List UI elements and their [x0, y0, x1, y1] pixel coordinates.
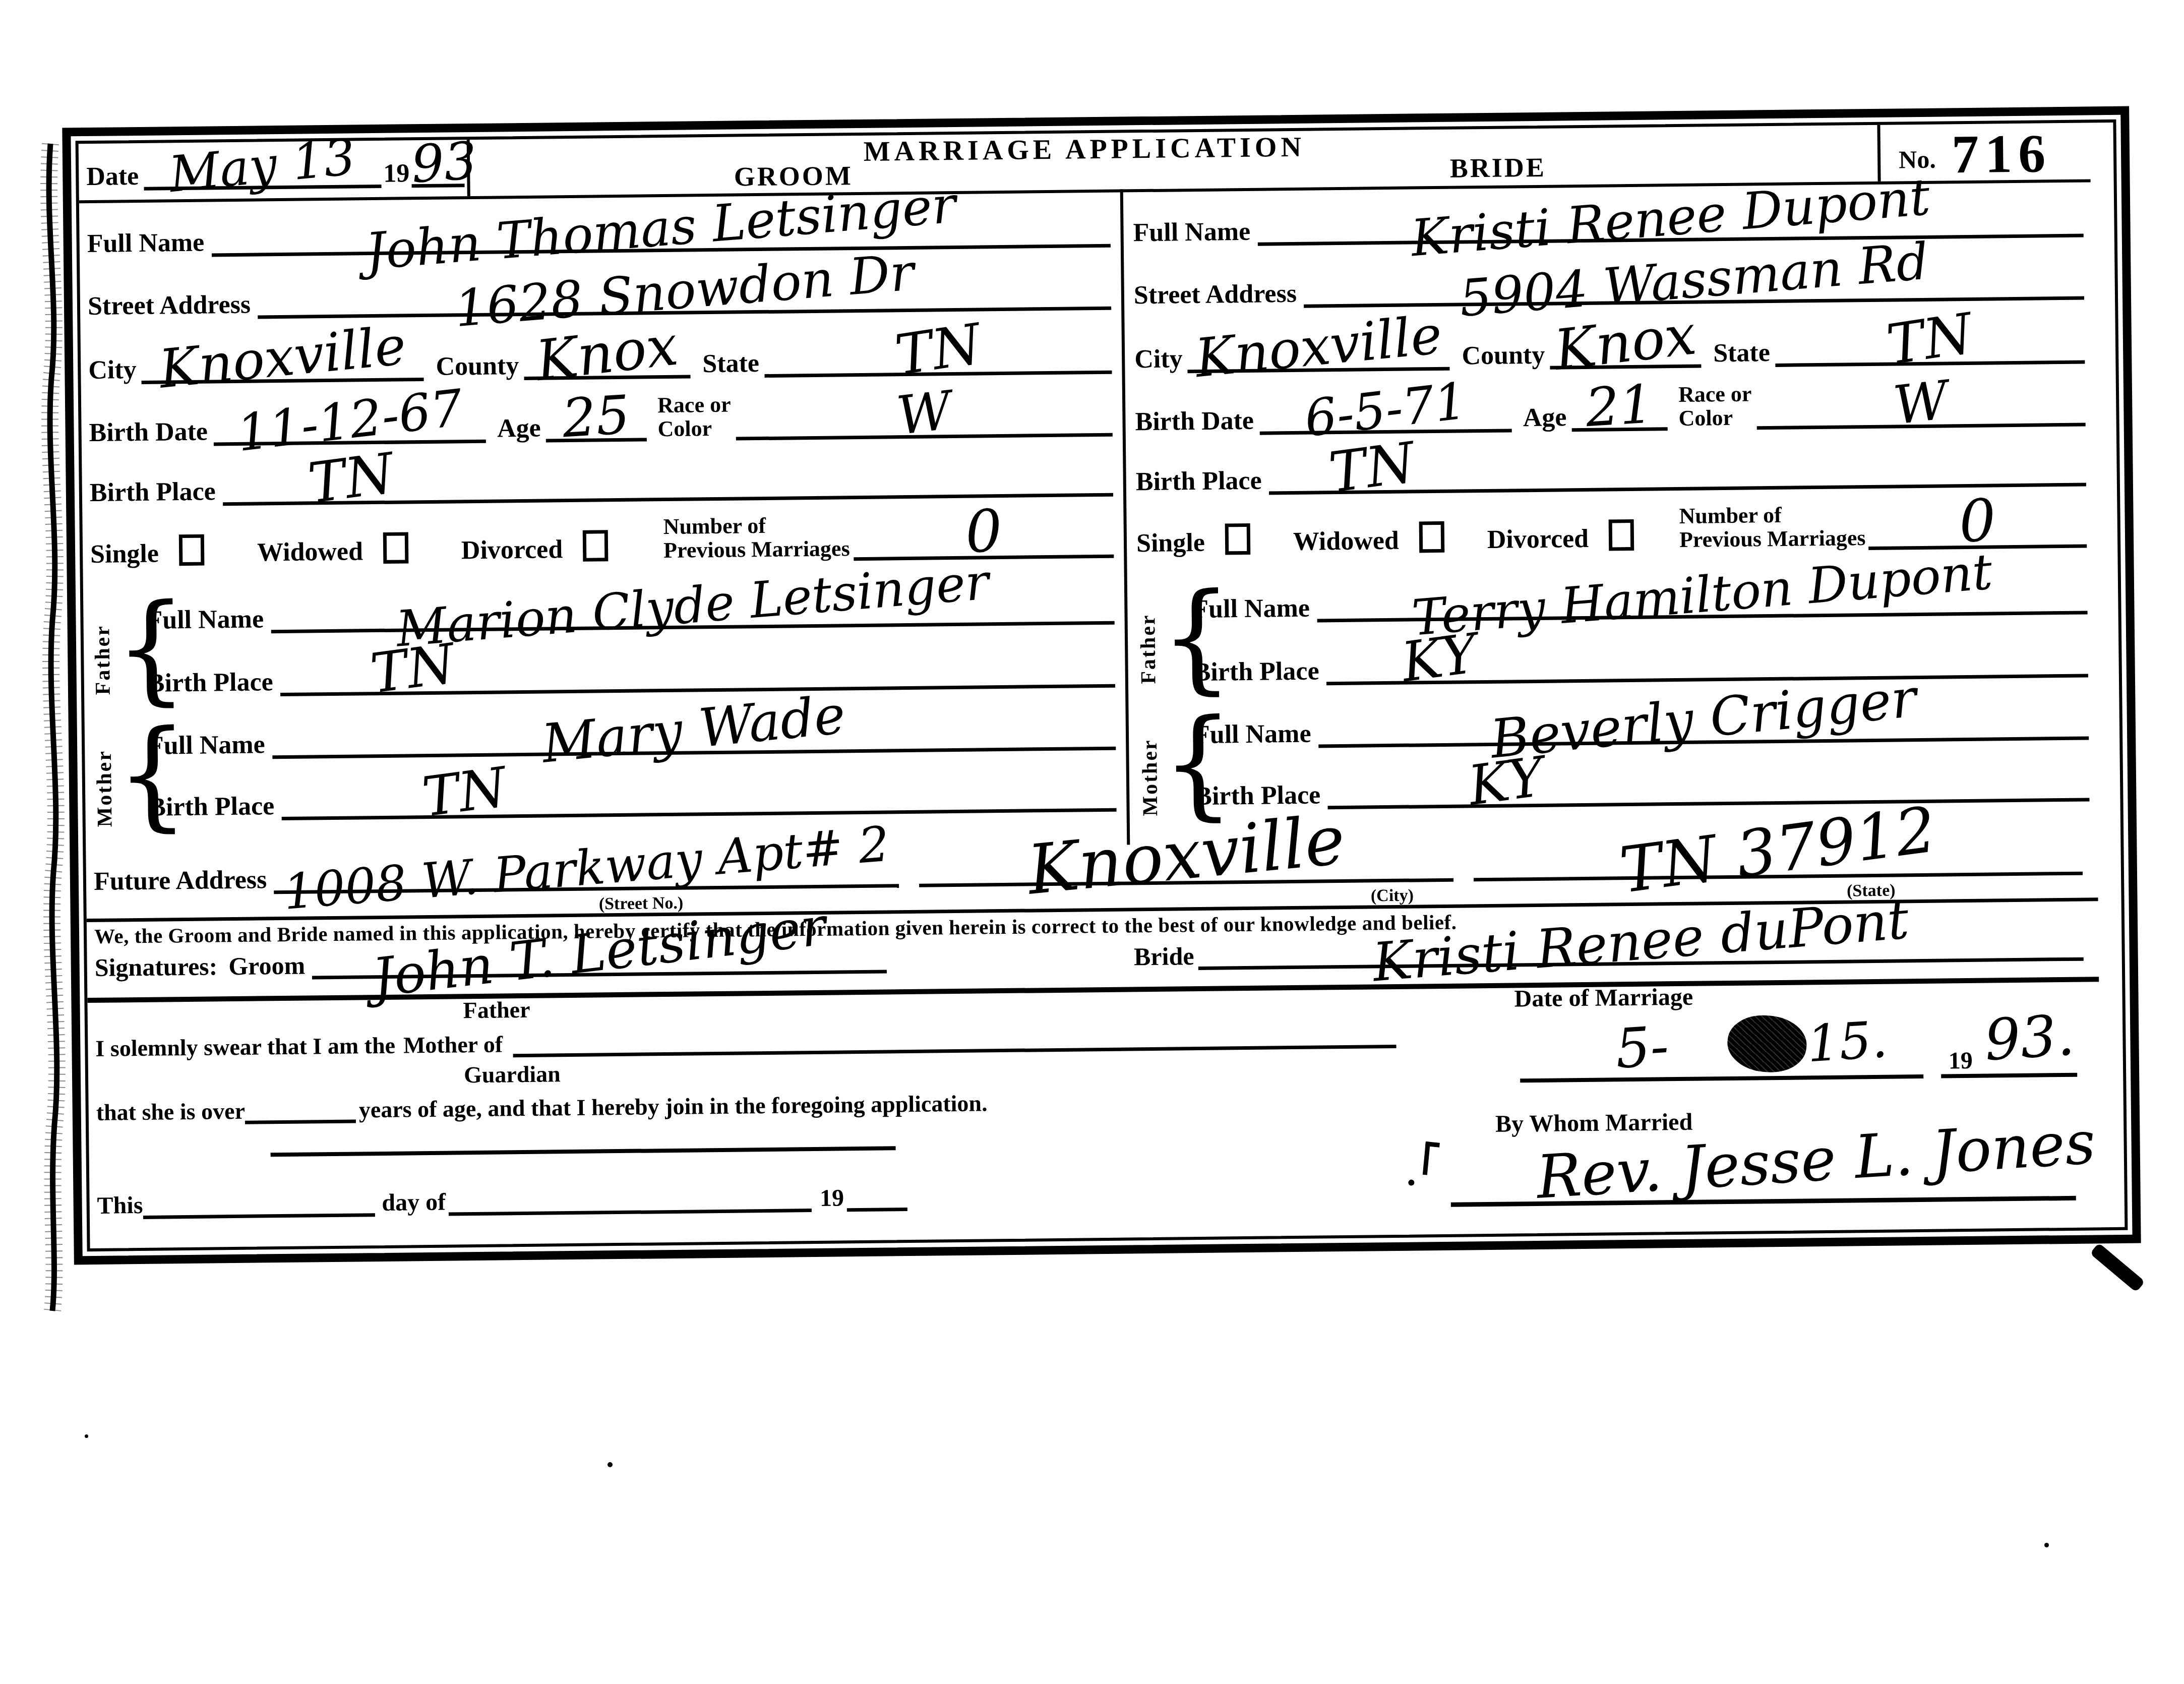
groom-father-name-line: Marion Clyde Letsinger: [270, 577, 1114, 634]
groom-county-value: Knox: [533, 317, 681, 389]
day-of-label: day of: [375, 1189, 449, 1217]
state-label: State: [1701, 338, 1775, 368]
bride-father-group-label: Father: [1136, 614, 1161, 684]
race-or-color-label: Race or Color: [646, 393, 736, 442]
date-year-prefix: 19: [381, 159, 412, 188]
full-name-label: Full Name: [87, 228, 211, 258]
groom-birth-date-age-race-field: Birth Date 11-12-67 Age 25 Race or Color…: [89, 397, 1113, 447]
color-label-line2: Color: [657, 416, 731, 441]
groom-birth-date-line: 11-12-67: [213, 394, 486, 446]
city-label: City: [88, 355, 142, 385]
groom-mother-birth-place-field: Birth Place TN: [148, 772, 1117, 822]
bride-birth-place-field: Birth Place TN: [1135, 447, 2086, 497]
birth-place-label: Birth Place: [148, 792, 281, 822]
scanned-document-page: MARRIAGE APPLICATION Date May 13 19 93 G…: [0, 0, 2184, 1684]
full-name-label: Full Name: [1192, 593, 1317, 624]
groom-previous-marriages-line: 0: [854, 502, 1114, 561]
marriage-year-value: 93.: [1983, 1007, 2076, 1069]
bride-mother-name-line: Beverly Crigger: [1318, 689, 2089, 748]
affidavit-age-clause-field: that she is over years of age, and that …: [96, 1077, 1256, 1126]
birth-place-label: Birth Place: [147, 668, 280, 698]
groom-city-line: Knoxville: [141, 330, 424, 384]
groom-full-name-line: John Thomas Letsinger: [211, 199, 1111, 257]
scan-speck: [2044, 1543, 2049, 1547]
scan-blob: [2090, 1243, 2145, 1293]
form-inner-border: MARRIAGE APPLICATION Date May 13 19 93 G…: [76, 119, 2128, 1251]
bride-birth-place-value: TN: [1326, 435, 1418, 501]
birth-place-label: Birth Place: [1193, 656, 1326, 687]
bride-mother-birth-place-line: KY: [1327, 748, 2089, 809]
groom-widowed-checkbox: [383, 532, 409, 564]
birth-place-label: Birth Place: [1135, 466, 1268, 496]
number-of-label-line1: Number of: [1679, 502, 1865, 528]
date-line: May 13: [144, 140, 382, 191]
groom-street-line: 1628 Snowdon Dr: [257, 261, 1111, 319]
previous-marriages-label-line2: Previous Marriages: [1679, 526, 1866, 552]
scan-pen-dot: [1408, 1180, 1414, 1186]
groom-mother-birth-place-value: TN: [419, 760, 510, 825]
groom-city-value: Knoxville: [157, 319, 408, 396]
bride-age-line: 21: [1571, 379, 1668, 432]
birth-date-label: Birth Date: [89, 417, 214, 447]
groom-state-line: TN: [764, 320, 1112, 378]
bride-mother-group-label: Mother: [1138, 739, 1163, 816]
age-label: Age: [1512, 403, 1572, 432]
previous-marriages-label: Number of Previous Marriages: [663, 513, 850, 563]
previous-marriages-label-line2: Previous Marriages: [663, 537, 850, 563]
affidavit-month-line: [449, 1209, 812, 1216]
bride-birth-date-age-race-field: Birth Date 6-5-71 Age 21 Race or Color W: [1135, 387, 2086, 437]
groom-mother-name-line: Mary Wade: [272, 699, 1116, 759]
groom-birth-place-field: Birth Place TN: [89, 457, 1113, 507]
number-of-label-line1: Number of: [663, 513, 850, 538]
column-divider: [1120, 189, 1130, 845]
bride-signature-line: Kristi Renee duPont: [1198, 911, 2084, 970]
widowed-label: Widowed: [257, 537, 363, 567]
bride-signature-label: Bride: [1134, 942, 1198, 971]
bride-state-value: TN: [1884, 306, 1976, 373]
this-label: This: [97, 1192, 143, 1220]
affidavit-year-line: [847, 1208, 907, 1212]
groom-mother-name-field: Full Name Mary Wade: [148, 711, 1116, 760]
bride-father-birth-place-value: KY: [1399, 627, 1480, 691]
future-address-state-line: TN 37912: [1473, 816, 2083, 882]
scan-speck: [85, 1434, 88, 1438]
groom-race-line: W: [736, 385, 1113, 441]
bride-father-birth-place-field: Birth Place KY: [1193, 638, 2088, 687]
birth-date-label: Birth Date: [1135, 406, 1260, 436]
groom-full-name-field: Full Name John Thomas Letsinger: [87, 208, 1111, 258]
bride-mother-birth-place-value: KY: [1465, 750, 1547, 814]
date-label: Date: [86, 162, 144, 191]
affidavit-age-post: years of age, and that I hereby join in …: [356, 1091, 988, 1123]
street-address-label: Street Address: [1134, 279, 1304, 310]
bride-father-name-line: Terry Hamilton Dupont: [1316, 567, 2087, 623]
bride-city-line: Knoxville: [1187, 319, 1450, 373]
bride-father-name-field: Full Name Terry Hamilton Dupont: [1192, 575, 2088, 624]
bride-divorced-checkbox: [1609, 519, 1634, 551]
city-label: City: [1134, 344, 1188, 374]
full-name-label: Full Name: [1133, 217, 1257, 248]
bride-full-name-field: Full Name Kristi Renee Dupont: [1133, 198, 2084, 248]
marriage-date-day-value: 15.: [1806, 1014, 1889, 1070]
bride-race-value: W: [1891, 374, 1951, 433]
bride-mother-name-field: Full Name Beverly Crigger: [1194, 701, 2089, 750]
groom-divorced-checkbox: [583, 530, 609, 562]
birth-place-label: Birth Place: [90, 477, 223, 507]
future-address-city-value: Knoxville: [1024, 806, 1348, 905]
groom-father-birth-place-line: TN: [280, 635, 1115, 696]
marriage-date-line: [1520, 1074, 1923, 1082]
full-name-label: Full Name: [146, 605, 271, 635]
groom-street-address-field: Street Address 1628 Snowdon Dr: [87, 271, 1111, 321]
race-or-label-line1: Race or: [657, 393, 731, 417]
single-label: Single: [1136, 528, 1205, 558]
bride-state-line: TN: [1775, 310, 2085, 367]
bride-previous-marriages-value: 0: [1957, 492, 1997, 552]
groom-previous-marriages-value: 0: [963, 502, 1004, 562]
bride-birth-date-line: 6-5-71: [1259, 383, 1512, 435]
future-address-city-line: Knoxville: [919, 818, 1453, 887]
bride-city-value: Knoxville: [1193, 309, 1444, 385]
bride-street-line: 5904 Wassman Rd: [1303, 251, 2084, 308]
groom-race-value: W: [894, 384, 954, 443]
marriage-year-prefix: 19: [1949, 1048, 1973, 1074]
scan-speck: [608, 1462, 613, 1467]
bride-signature-value: Kristi Renee duPont: [1371, 893, 1911, 989]
bride-birth-place-line: TN: [1268, 433, 2086, 495]
bride-street-address-field: Street Address 5904 Wassman Rd: [1133, 261, 2084, 310]
bride-widowed-checkbox: [1419, 521, 1444, 553]
full-name-label: Full Name: [1194, 719, 1318, 749]
future-address-street-line: 1008 W. Parkway Apt# 2: [274, 840, 899, 894]
by-whom-married-label: By Whom Married: [1495, 1109, 1693, 1138]
previous-marriages-label: Number of Previous Marriages: [1679, 502, 1865, 552]
future-address-label: Future Address: [94, 865, 274, 896]
single-label: Single: [90, 539, 159, 569]
groom-age-value: 25: [561, 388, 631, 445]
affidavit-age-pre: that she is over: [96, 1099, 246, 1126]
groom-single-checkbox: [179, 534, 205, 566]
date-of-marriage-label: Date of Marriage: [1514, 984, 1693, 1013]
groom-birth-place-value: TN: [305, 445, 397, 511]
bride-city-county-state-field: City Knoxville County Knox State TN: [1134, 325, 2085, 374]
divorced-label: Divorced: [461, 535, 563, 565]
bride-age-value: 21: [1584, 378, 1655, 435]
bride-previous-marriages-line: 0: [1868, 492, 2087, 551]
groom-signature-line: John T. Letsinger: [312, 923, 887, 979]
race-or-color-label: Race or Color: [1667, 382, 1757, 431]
full-name-label: Full Name: [148, 730, 272, 760]
groom-state-value: TN: [891, 316, 984, 383]
age-label: Age: [486, 413, 546, 443]
groom-father-group-label: Father: [90, 625, 115, 695]
race-or-label-line1: Race or: [1678, 382, 1752, 406]
groom-father-birth-place-field: Birth Place TN: [147, 648, 1115, 698]
widowed-label: Widowed: [1293, 526, 1400, 556]
affidavit-day-line: [143, 1213, 375, 1219]
application-number-value: 716: [1951, 124, 2051, 185]
affidavit-signature-line: [271, 1146, 896, 1157]
application-date-field: Date May 13 19 93: [86, 150, 465, 191]
date-year-line: 93: [411, 137, 465, 188]
marriage-application-form: MARRIAGE APPLICATION Date May 13 19 93 G…: [62, 106, 2141, 1265]
affidavit-age-line: [245, 1120, 356, 1124]
signatures-label: Signatures:: [94, 952, 228, 982]
bride-father-birth-place-line: KY: [1326, 625, 2088, 686]
bride-single-checkbox: [1225, 523, 1250, 555]
color-label-line2: Color: [1678, 406, 1752, 431]
affidavit-name-line: [513, 1045, 1396, 1057]
date-value: May 13: [167, 133, 358, 200]
affidavit-swear-text: I solemnly swear that I am the: [95, 1033, 403, 1062]
groom-birth-place-line: TN: [222, 443, 1113, 506]
divorced-label: Divorced: [1487, 524, 1589, 554]
county-label: County: [423, 351, 524, 381]
groom-father-name-field: Full Name Marion Clyde Letsinger: [146, 585, 1115, 635]
bride-full-name-line: Kristi Renee Dupont: [1257, 189, 2083, 246]
groom-signature-label: Groom: [228, 951, 312, 980]
future-address-field: Future Address 1008 W. Parkway Apt# 2 Kn…: [93, 836, 2083, 896]
state-label: State: [690, 349, 764, 379]
groom-county-line: Knox: [524, 325, 691, 380]
groom-mother-group-label: Mother: [92, 750, 117, 827]
affidavit-swear-field: I solemnly swear that I am the Mother of: [95, 1010, 1397, 1062]
bride-county-line: Knox: [1549, 314, 1701, 370]
groom-age-line: 25: [545, 390, 647, 442]
affidavit-guardian-option: Guardian: [464, 1061, 561, 1088]
affidavit-mother-option: Mother of: [403, 1032, 513, 1059]
marriage-date-struck-value: 10: [1734, 1017, 1801, 1072]
groom-mother-name-value: Mary Wade: [540, 688, 848, 770]
marriage-date-first-value: 5-: [1614, 1019, 1670, 1077]
bride-county-value: Knox: [1552, 307, 1699, 378]
city-note: (City): [1316, 885, 1468, 906]
bride-race-line: W: [1756, 375, 2086, 430]
groom-mother-birth-place-line: TN: [281, 759, 1116, 820]
groom-father-birth-place-value: TN: [368, 637, 458, 702]
scan-pen-mark: [1423, 1141, 1440, 1176]
affidavit-year-prefix: 19: [812, 1185, 847, 1213]
county-label: County: [1449, 340, 1550, 370]
street-address-label: Street Address: [88, 290, 258, 321]
affidavit-date-field: This day of 19: [97, 1171, 975, 1220]
groom-city-county-state-field: City Knoxville County Knox State TN: [88, 335, 1112, 385]
